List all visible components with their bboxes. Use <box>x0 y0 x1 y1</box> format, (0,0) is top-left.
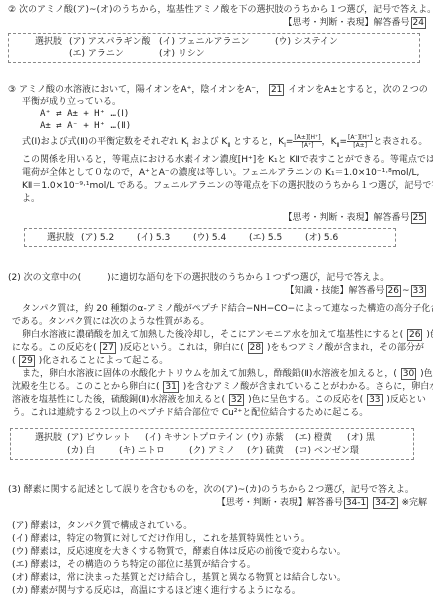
choice-text: 5.6 <box>324 233 338 243</box>
choice-text: 5.3 <box>156 233 170 243</box>
item-text: 酵素は，特定の物質に対してだけ作用し，これを基質特異性という。 <box>31 534 310 544</box>
choice-mark: (ア) <box>81 233 97 243</box>
choice-mark: (キ) <box>119 446 135 456</box>
p2-text: )色に呈色する。この反応を( <box>248 395 363 405</box>
p2-choice-i[interactable]: (ケ) 硫黄 <box>247 445 284 457</box>
p2-text: )色 <box>426 330 433 340</box>
choice-mark: (イ) <box>159 37 175 47</box>
q3-text: イオンをA±とすると，次の２つの <box>288 85 427 95</box>
choice-text: ベンゼン環 <box>314 446 359 456</box>
choice-text: 硫黄 <box>266 446 284 456</box>
q3-choices-box: 選択肢 (ア) 5.2 (イ) 5.3 (ウ) 5.4 (エ) 5.5 (オ) … <box>24 228 396 247</box>
item-text: 酵素は，常に決まった基質とだけ結合し，基質と異なる物質とは結合しない。 <box>31 573 346 583</box>
p3-item-b[interactable]: (イ) 酵素は，特定の物質に対してだけ作用し，これを基質特異性という。 <box>12 533 310 545</box>
answer-box-32[interactable]: 32 <box>229 394 244 406</box>
p3-prompt: (3) 酵素に関する記述として誤りを含むものを，次の(ア)~(カ)のうちから２つ… <box>8 484 414 496</box>
q2-choice-c[interactable]: (ウ) システイン <box>275 36 338 48</box>
choice-text: リシン <box>178 49 205 59</box>
q3-choice-d[interactable]: (エ) 5.5 <box>249 232 282 244</box>
p2-text: 沈殿を生じる。このことから卵白に( <box>12 382 160 392</box>
p2-choice-b[interactable]: (イ) キサントプロテイン <box>145 432 244 444</box>
answer-box-29[interactable]: 29 <box>19 355 34 367</box>
p2-choices-box: 選択肢 (ア) ビウレット (イ) キサントプロテイン (ウ) 赤紫 (エ) 橙… <box>10 428 414 460</box>
p2-para2-line2: になる。この反応を( 27 )反応という。これは，卵白に( 28 )をもつアミノ… <box>12 342 424 354</box>
answer-box-28[interactable]: 28 <box>248 342 263 354</box>
q3-text: および K <box>192 137 228 147</box>
q3-line2: 平衡が成り立っている。 <box>22 96 121 108</box>
q3-tag-label: 【思考・判断・表現】解答番号 <box>284 213 410 223</box>
answer-box-26-inline[interactable]: 26 <box>407 329 422 341</box>
p3-note: ※完解 <box>401 498 427 508</box>
q2-tag: 【思考・判断・表現】解答番号24 <box>284 17 427 29</box>
choice-text: 赤紫 <box>266 433 284 443</box>
item-mark: (カ) <box>12 586 28 596</box>
choice-mark: (カ) <box>67 446 83 456</box>
k1-sub: Ⅰ <box>284 142 286 149</box>
choice-text: 5.2 <box>100 233 114 243</box>
choice-mark: (ケ) <box>247 446 263 456</box>
q3-choice-b[interactable]: (イ) 5.3 <box>137 232 170 244</box>
p2-text: になる。この反応を( <box>12 343 97 353</box>
p2-choice-e[interactable]: (オ) 黒 <box>347 432 375 444</box>
q3-line1: ③ アミノ酸の水溶液において，陽イオンをA⁺，陰イオンをA⁻， 21 イオンをA… <box>8 84 428 96</box>
k2-sub: Ⅱ <box>336 142 339 149</box>
item-mark: (オ) <box>12 573 28 583</box>
q3-choice-a[interactable]: (ア) 5.2 <box>81 232 114 244</box>
p3-item-d[interactable]: (エ) 酵素は，その構造のうち特定の部位に基質が結合する。 <box>12 559 256 571</box>
p3-tag: 【思考・判断・表現】解答番号34-1 34-2 ※完解 <box>217 497 427 509</box>
p2-text: )色 <box>420 369 433 379</box>
p2-para1-line2: である。タンパク質には次のような性質がある。 <box>12 316 209 328</box>
p2-text: 卵白水溶液に濃硝酸を加えて加熱した後冷却し，そこにアンモニア水を加えて塩基性にす… <box>22 330 403 340</box>
answer-box-31[interactable]: 31 <box>163 381 178 393</box>
item-text: 酵素は，タンパク質で構成されている。 <box>31 521 192 531</box>
choice-text: アミノ <box>208 446 235 456</box>
p2-choice-g[interactable]: (キ) ニトロ <box>119 445 165 457</box>
answer-box-27[interactable]: 27 <box>100 342 115 354</box>
q3-line7: よ。 <box>22 193 40 205</box>
p3-item-c[interactable]: (ウ) 酵素は，反応速度を大きくする物質で，酵素自体は反応の前後で変わらない。 <box>12 546 346 558</box>
item-mark: (ア) <box>12 521 28 531</box>
q3-line5: 電荷が全体として０なので，A⁺とA⁻の濃度は等しい。フェニルアラニンの K₁＝1… <box>22 167 419 179</box>
p2-number: (2) <box>8 273 21 283</box>
answer-box-21[interactable]: 21 <box>269 84 284 96</box>
p3-tag-label: 【思考・判断・表現】解答番号 <box>217 498 343 508</box>
q3-line3: 式(Ⅰ)および式(Ⅱ)の平衡定数をそれぞれ KⅠ および KⅡ とすると，KⅠ=… <box>22 134 427 149</box>
k1-sub: Ⅰ <box>187 142 189 149</box>
p2-para3-line4: う。これは連続する２つ以上のペプチド結合部位で Cu²⁺と配位結合するために起こ… <box>12 407 368 419</box>
q2-tag-label: 【思考・判断・表現】解答番号 <box>284 18 410 28</box>
item-mark: (イ) <box>12 534 28 544</box>
choice-text: ビウレット <box>86 433 131 443</box>
choice-text: フェニルアラニン <box>178 37 250 47</box>
choice-mark: (エ) <box>295 433 311 443</box>
p2-text: )に適切な語句を下の選択肢のうちから１つずつ選び，記号で答えよ。 <box>107 273 389 283</box>
p2-tag-label: 【知識・技能】解答番号 <box>286 286 385 296</box>
p2-text: )を含むアミノ酸が含まれていることがわかる。さらに，卵白水 <box>183 382 433 392</box>
choice-mark: (オ) <box>305 233 321 243</box>
q3-text: アミノ酸の水溶液において，陽イオンをA⁺，陰イオンをA⁻， <box>19 85 265 95</box>
answer-box-34-1[interactable]: 34-1 <box>344 497 368 509</box>
equation-1: A⁺ ⇄ A± + H⁺ …(Ⅰ) <box>40 108 129 120</box>
p2-tag: 【知識・技能】解答番号26~33 <box>286 285 427 297</box>
q2-choice-e[interactable]: (オ) リシン <box>159 48 205 60</box>
p3-number: (3) <box>8 485 21 495</box>
answer-box-25[interactable]: 25 <box>411 212 426 224</box>
choice-text: システイン <box>294 37 338 47</box>
choice-mark: (イ) <box>137 233 153 243</box>
q2-choice-d[interactable]: (エ) アラニン <box>69 48 124 60</box>
choice-mark: (ア) <box>67 433 83 443</box>
q2-choice-a[interactable]: (ア) アスパラギン酸 <box>69 36 150 48</box>
choice-text: 黒 <box>366 433 375 443</box>
q3-line4: この関係を用いると，等電点における水素イオン濃度[H⁺]を K₁と KⅡで表すこ… <box>22 154 433 166</box>
p2-choice-f[interactable]: (カ) 白 <box>67 445 95 457</box>
p2-text: また，卵白水溶液に固体の水酸化ナトリウムを加えて加熱し，酢酸鉛(Ⅱ)水溶液を加え… <box>22 369 397 379</box>
k1-numerator: [A±][H⁺] <box>293 134 321 142</box>
choice-text: 5.5 <box>268 233 282 243</box>
choice-mark: (ア) <box>69 37 85 47</box>
q3-text: とすると，K <box>233 137 284 147</box>
q2-choice-b[interactable]: (イ) フェニルアラニン <box>159 36 249 48</box>
k2-sub: Ⅱ <box>227 142 230 149</box>
choice-mark: (エ) <box>249 233 265 243</box>
choice-mark: (エ) <box>69 49 85 59</box>
p2-choice-j[interactable]: (コ) ベンゼン環 <box>295 445 359 457</box>
choice-text: 5.4 <box>212 233 226 243</box>
p2-choice-h[interactable]: (ク) アミノ <box>189 445 235 457</box>
item-mark: (エ) <box>12 560 28 570</box>
k1-fraction: [A±][H⁺][A⁺] <box>293 134 321 149</box>
choice-mark: (ウ) <box>275 37 291 47</box>
item-text: 酵素は，反応速度を大きくする物質で，酵素自体は反応の前後で変わらない。 <box>31 547 346 557</box>
choice-mark: (イ) <box>145 433 161 443</box>
k2-fraction: [A⁻][H⁺][A±] <box>347 134 373 149</box>
equation-2: A± ⇄ A⁻ + H⁺ …(Ⅱ) <box>40 120 131 132</box>
p2-text: )をもつアミノ酸が含まれ，その部分が <box>267 343 424 353</box>
p2-text: )化されることによって起こる。 <box>39 356 169 366</box>
answer-box-26[interactable]: 26 <box>386 285 401 297</box>
q2-prompt-text: 次のアミノ酸(ア)~(オ)のうちから，塩基性アミノ酸を下の選択肢のうちから１つ選… <box>19 5 433 15</box>
p2-choices-label: 選択肢 <box>35 432 62 444</box>
q3-text: 式(Ⅰ)および式(Ⅱ)の平衡定数をそれぞれ K <box>22 137 187 147</box>
p3-text: 酵素に関する記述として誤りを含むものを，次の(ア)~(カ)のうちから２つ選び，記… <box>24 485 414 495</box>
tilde: ~ <box>402 286 410 296</box>
p3-item-f[interactable]: (カ) 酵素が関与する反応は，高温にするほど速く進行するようになる。 <box>12 585 301 597</box>
p2-para2-line3: ( 29 )化されることによって起こる。 <box>12 355 168 367</box>
choice-text: ニトロ <box>138 446 165 456</box>
k1-denominator: [A⁺] <box>293 142 321 149</box>
q3-line6: KⅡ＝1.0×10⁻⁹·¹mol/L である。フェニルアラニンの等電点を下の選択… <box>22 180 433 192</box>
choice-mark: (オ) <box>347 433 363 443</box>
q3-choices-label: 選択肢 <box>47 232 74 244</box>
answer-box-34-2[interactable]: 34-2 <box>373 497 397 509</box>
p2-text: )反応という。これは，卵白に( <box>120 343 244 353</box>
answer-box-24[interactable]: 24 <box>411 17 426 29</box>
p2-para3-line2: 沈殿を生じる。このことから卵白に( 31 )を含むアミノ酸が含まれていることがわ… <box>12 381 433 393</box>
choice-text: 橙黄 <box>314 433 332 443</box>
q2-number: ② <box>8 5 16 15</box>
choice-mark: (ウ) <box>247 433 263 443</box>
choice-mark: (ク) <box>189 446 205 456</box>
choice-text: アスパラギン酸 <box>88 37 151 47</box>
q3-number: ③ <box>8 85 16 95</box>
p2-choice-c[interactable]: (ウ) 赤紫 <box>247 432 284 444</box>
p3-item-e[interactable]: (オ) 酵素は，常に決まった基質とだけ結合し，基質と異なる物質とは結合しない。 <box>12 572 346 584</box>
p2-para1-line1: タンパク質は，約 20 種類のα-アミノ酸がペプチド結合−NH−CO−によって連… <box>22 303 433 315</box>
p2-text: 次の文章中の( <box>24 273 82 283</box>
p2-text: 溶液を塩基性にした後，硫酸銅(Ⅱ)水溶液を加えると( <box>12 395 225 405</box>
choice-mark: (ウ) <box>193 233 209 243</box>
choice-mark: (コ) <box>295 446 311 456</box>
q3-tag: 【思考・判断・表現】解答番号25 <box>284 212 427 224</box>
q2-choices-label: 選択肢 <box>35 36 62 48</box>
choice-text: キサントプロテイン <box>164 433 244 443</box>
p2-prompt: (2) 次の文章中の()に適切な語句を下の選択肢のうちから１つずつ選び，記号で答… <box>8 272 389 284</box>
p3-item-a[interactable]: (ア) 酵素は，タンパク質で構成されている。 <box>12 520 192 532</box>
q3-choice-c[interactable]: (ウ) 5.4 <box>193 232 226 244</box>
answer-box-30[interactable]: 30 <box>401 368 416 380</box>
choice-text: アラニン <box>88 49 124 59</box>
p2-text: ( <box>12 356 16 366</box>
choice-text: 白 <box>86 446 95 456</box>
k2-denominator: [A±] <box>347 142 373 149</box>
p2-para2-line1: 卵白水溶液に濃硝酸を加えて加熱した後冷却し，そこにアンモニア水を加えて塩基性にす… <box>22 329 433 341</box>
p2-para3-line3: 溶液を塩基性にした後，硫酸銅(Ⅱ)水溶液を加えると( 32 )色に呈色する。この… <box>12 394 426 406</box>
q2-prompt: ② 次のアミノ酸(ア)~(オ)のうちから，塩基性アミノ酸を下の選択肢のうちから１… <box>8 4 433 16</box>
p2-text: )反応とい <box>386 395 426 405</box>
q3-choice-e[interactable]: (オ) 5.6 <box>305 232 338 244</box>
answer-box-33[interactable]: 33 <box>411 285 426 297</box>
item-text: 酵素は，その構造のうち特定の部位に基質が結合する。 <box>31 560 256 570</box>
answer-box-33-inline[interactable]: 33 <box>367 394 382 406</box>
q2-choices-box: 選択肢 (ア) アスパラギン酸 (イ) フェニルアラニン (ウ) システイン (… <box>8 33 420 63</box>
q3-text: と表される。 <box>373 137 427 147</box>
k2-numerator: [A⁻][H⁺] <box>347 134 373 142</box>
p2-choice-d[interactable]: (エ) 橙黄 <box>295 432 332 444</box>
item-text: 酵素が関与する反応は，高温にするほど速く進行するようになる。 <box>31 586 301 596</box>
choice-mark: (オ) <box>159 49 175 59</box>
item-mark: (ウ) <box>12 547 28 557</box>
p2-para3-line1: また，卵白水溶液に固体の水酸化ナトリウムを加えて加熱し，酢酸鉛(Ⅱ)水溶液を加え… <box>22 368 433 380</box>
p2-choice-a[interactable]: (ア) ビウレット <box>67 432 131 444</box>
